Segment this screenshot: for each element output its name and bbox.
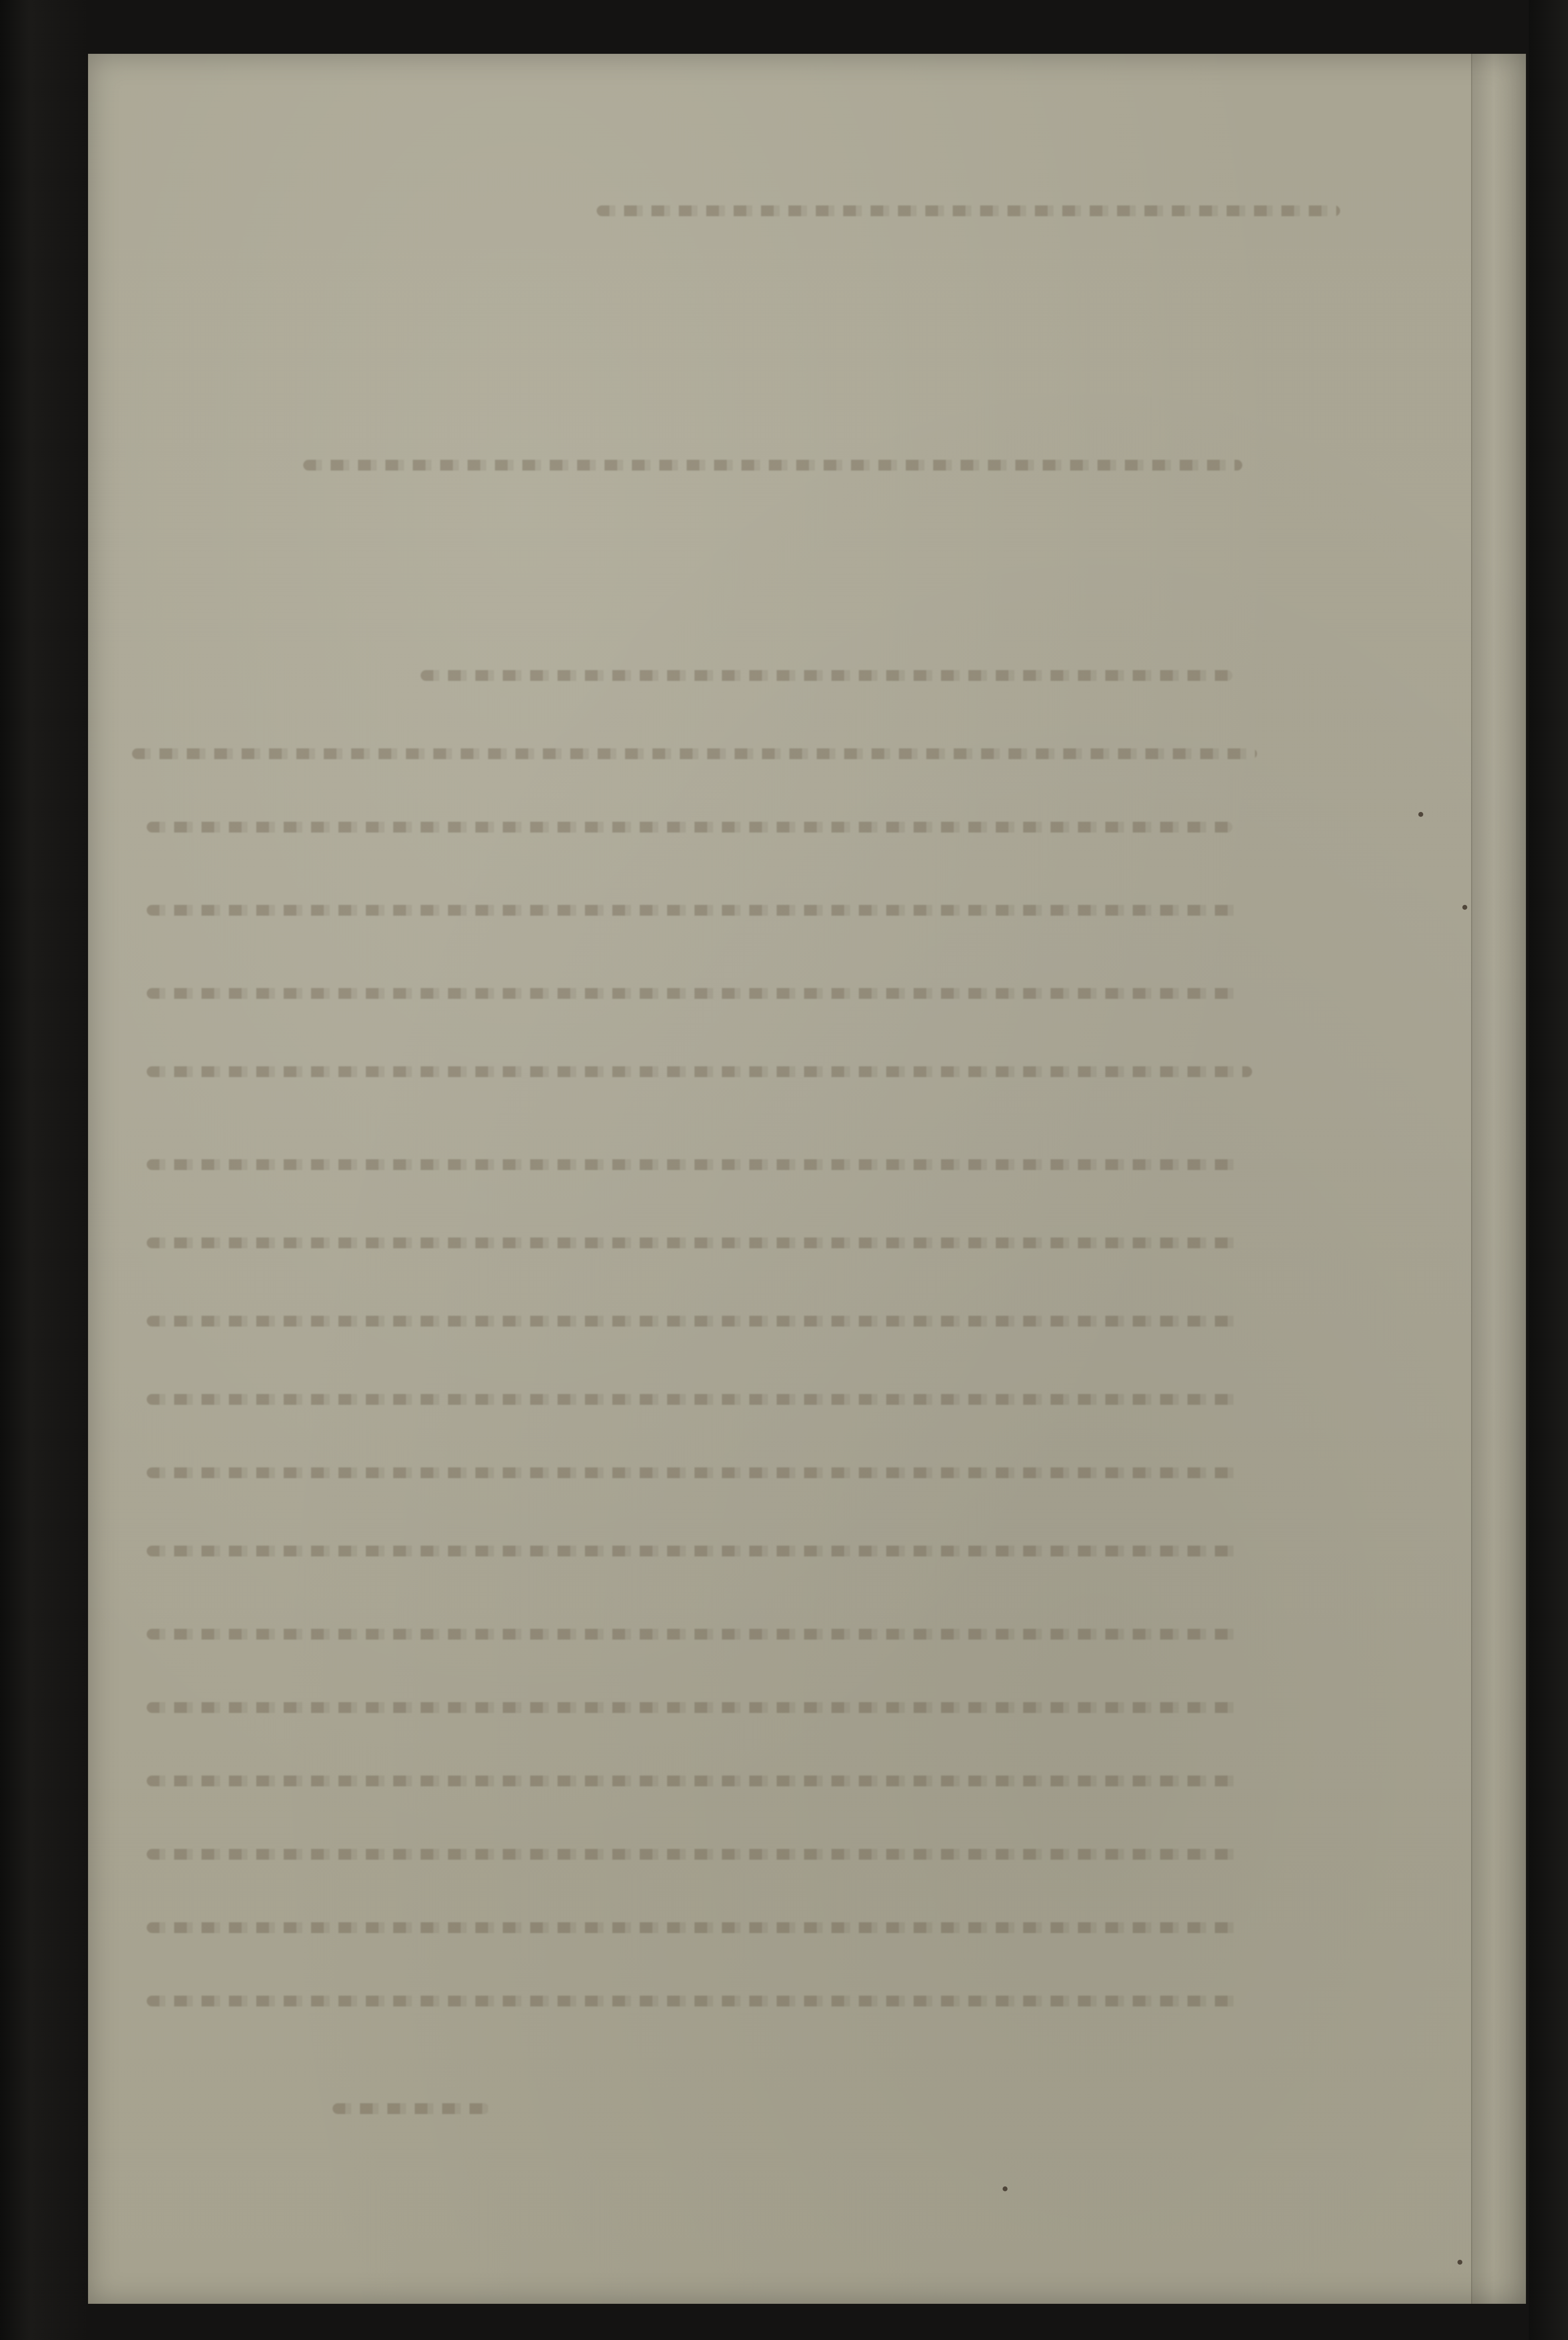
body-line-12	[147, 1546, 1242, 1556]
body-line-7	[147, 1159, 1242, 1170]
body-line-13	[147, 1629, 1242, 1640]
ink-speck	[1003, 2186, 1008, 2191]
body-line-9	[147, 1316, 1242, 1327]
body-line-15	[147, 1776, 1242, 1786]
document-legibility: illegible (mirrored bleed-through from r…	[0, 0, 13, 0]
ink-speck	[1462, 905, 1467, 910]
scan-right-edge	[1529, 0, 1568, 2340]
manuscript-page	[88, 54, 1526, 2304]
body-line-18	[147, 1996, 1242, 2006]
ink-speck	[1418, 812, 1423, 817]
body-line-6	[147, 1066, 1252, 1077]
body-line-1	[421, 670, 1232, 681]
body-line-8	[147, 1237, 1242, 1248]
body-line-2	[132, 748, 1257, 759]
body-line-17	[147, 1922, 1242, 1933]
body-line-3	[147, 822, 1232, 832]
ink-speck	[1457, 2260, 1462, 2265]
body-line-10	[147, 1394, 1242, 1405]
salutation-line	[303, 460, 1242, 471]
signature-line	[333, 2103, 489, 2114]
body-line-16	[147, 1849, 1242, 1860]
page-fold	[1471, 54, 1526, 2304]
date-line	[597, 205, 1340, 216]
body-line-11	[147, 1467, 1242, 1478]
scan-background: illegible (mirrored bleed-through from r…	[0, 0, 1568, 2340]
body-line-4	[147, 905, 1242, 916]
body-line-5	[147, 988, 1242, 999]
body-line-14	[147, 1702, 1242, 1713]
